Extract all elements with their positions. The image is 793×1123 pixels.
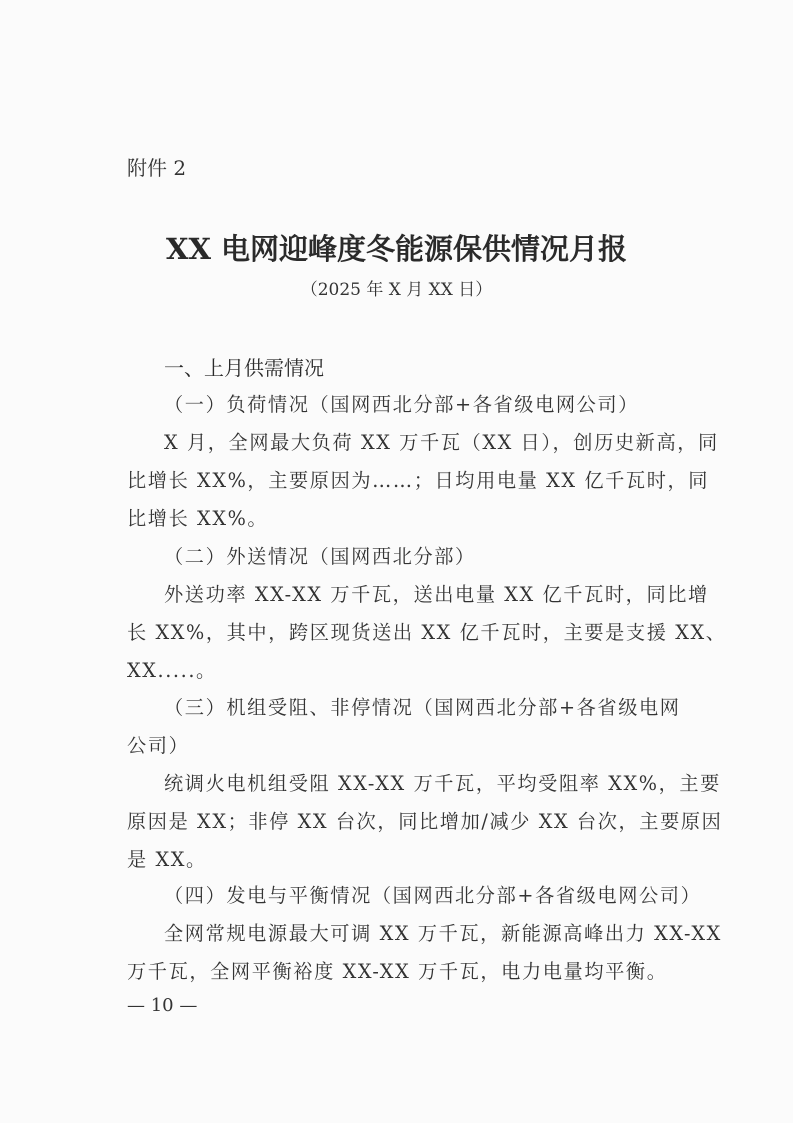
paragraph-line: 比增长 XX%，主要原因为……；日均用电量 XX 亿千瓦时，同: [127, 466, 709, 493]
paragraph-line: 外送功率 XX-XX 万千瓦，送出电量 XX 亿千瓦时，同比增: [164, 580, 709, 607]
section-heading-supply-demand: 一、上月供需情况: [164, 352, 324, 381]
paragraph-line: 长 XX%，其中，跨区现货送出 XX 亿千瓦时，主要是支援 XX、: [127, 618, 727, 645]
subsection-heading-export: （二）外送情况（国网西北分部）: [164, 542, 476, 569]
paragraph-line: 万千瓦，全网平衡裕度 XX-XX 万千瓦，电力电量均平衡。: [127, 957, 667, 984]
paragraph-line: X 月，全网最大负荷 XX 万千瓦（XX 日），创历史新高，同: [164, 428, 719, 455]
paragraph-line: 是 XX。: [127, 845, 207, 872]
document-title: XX 电网迎峰度冬能源保供情况月报: [0, 227, 793, 268]
paragraph-line: 全网常规电源最大可调 XX 万千瓦，新能源高峰出力 XX-XX: [164, 919, 722, 946]
page-number: — 10 —: [127, 995, 197, 1016]
report-date: （2025 年 X 月 XX 日）: [0, 275, 793, 300]
paragraph-line: 原因是 XX；非停 XX 台次，同比增加/减少 XX 台次，主要原因: [127, 807, 722, 834]
subsection-heading-generation-balance: （四）发电与平衡情况（国网西北分部+各省级电网公司）: [164, 881, 701, 908]
subsection-heading-load: （一）负荷情况（国网西北分部+各省级电网公司）: [164, 390, 639, 417]
attachment-label: 附件 2: [127, 152, 186, 181]
paragraph-line: 比增长 XX%。: [127, 504, 268, 531]
subsection-heading-unit-outage-cont: 公司）: [127, 731, 189, 758]
subsection-heading-unit-outage: （三）机组受阻、非停情况（国网西北分部+各省级电网: [164, 693, 681, 720]
paragraph-line: 统调火电机组受阻 XX-XX 万千瓦，平均受阻率 XX%，主要: [164, 769, 721, 796]
paragraph-line: XX.....。: [127, 656, 217, 683]
